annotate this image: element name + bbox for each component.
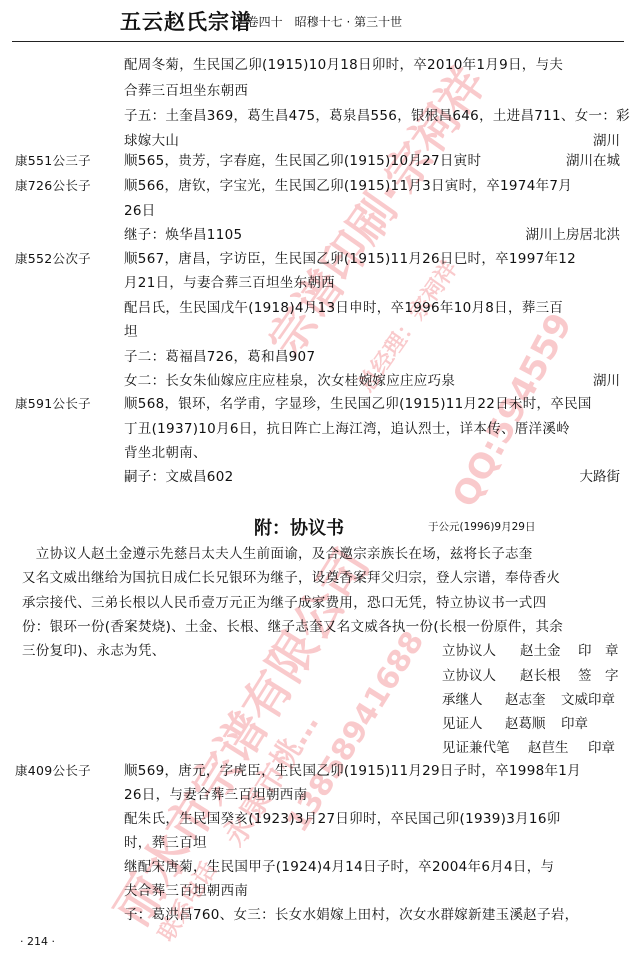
entry-line: 夫合葬三百坦朝西南 — [124, 882, 620, 900]
entry-line: 配朱氏，生民国癸亥(1923)3月27日卯时，卒民国己卯(1939)3月16卯 — [124, 810, 620, 828]
entry-line: 配吕氏，生民国戊午(1918)4月13日申时，卒1996年10月8日，葬三百 — [124, 299, 620, 317]
entry-line: 顺567，唐昌，字访臣，生民国乙卯(1915)11月26日巳时，卒1997年12 — [124, 250, 620, 268]
entry-line: 顺566，唐钦，字宝光，生民国乙卯(1915)11月3日寅时，卒1974年7月 — [124, 177, 620, 195]
agreement-paragraph-line: 又名文威出继给为国抗日成仁长兄银环为继子，设奠香案拜父归宗，登人宗谱，奉侍香火 — [22, 569, 622, 587]
signatory-name: 赵苣生 — [528, 739, 569, 757]
signatory-role: 立协议人 — [442, 667, 496, 685]
signatory-mark: 印章 — [561, 715, 588, 733]
lineage-label: 康551公三子 — [15, 152, 91, 170]
signatory-name: 赵葛顺 — [505, 715, 546, 733]
book-title: 五云赵氏宗谱 — [120, 6, 252, 36]
entry-line: 合葬三百坦坐东朝西 — [124, 82, 620, 100]
agreement-title: 附：协议书 — [254, 514, 344, 540]
entry-line: 26日 — [124, 202, 620, 220]
lineage-label: 康552公次子 — [15, 250, 91, 268]
agreement-paragraph-line: 份：银环一份(香案焚烧)、土金、长根、继子志奎又名文威各执一份(长根一份原件，其… — [22, 618, 622, 636]
volume-subtitle: · 卷四十 昭穆十七 · 第三十世 — [239, 13, 402, 30]
entry-line: 继配宋唐菊，生民国甲子(1924)4月14日子时，卒2004年6月4日，与 — [124, 858, 620, 876]
entry-line: 月21日，与妻合葬三百坦坐东朝西 — [124, 274, 620, 292]
signatory-name: 赵土金 — [520, 642, 561, 660]
signatory-name: 赵长根 — [520, 667, 561, 685]
agreement-paragraph-line: 承宗接代、三弟长根以人民币壹万元正为继子成家费用，恐口无凭，特立协议书一式四 — [22, 594, 622, 612]
location-label: 湖川 — [593, 132, 620, 150]
signatory-role: 立协议人 — [442, 642, 496, 660]
signatory-role: 见证兼代笔 — [442, 739, 510, 757]
signatory-role: 承继人 — [442, 691, 483, 709]
location-label: 湖川 — [593, 372, 620, 390]
entry-line: 坦 — [124, 323, 620, 341]
signatory-name: 赵志奎 — [505, 691, 546, 709]
location-label: 大路街 — [580, 468, 621, 486]
entry-line: 子二：葛福昌726，葛和昌907 — [124, 348, 620, 366]
lineage-label: 康726公长子 — [15, 177, 91, 195]
signatory-mark: 签 字 — [578, 667, 619, 685]
signatory-mark: 印章 — [588, 739, 615, 757]
header-rule — [12, 41, 624, 42]
signatory-mark: 印 章 — [578, 642, 619, 660]
agreement-date: 于公元(1996)9月29日 — [428, 519, 535, 534]
entry-line: 配周冬菊，生民国乙卯(1915)10月18日卯时，卒2010年1月9日，与夫 — [124, 56, 620, 74]
location-label: 湖川上房居北洪 — [526, 226, 621, 244]
entry-line: 顺565，贵芳，字春庭，生民国乙卯(1915)10月27日寅时 — [124, 152, 620, 170]
entry-line: 子五：土奎昌369，葛生昌475，葛泉昌556，银根昌646，土进昌711、女一… — [124, 107, 620, 125]
entry-line: 26日，与妻合葬三百坦朝西南 — [124, 786, 620, 804]
lineage-label: 康409公长子 — [15, 762, 91, 780]
entry-line: 嗣子：文威昌602 — [124, 468, 620, 486]
entry-line: 顺569，唐元，字虎臣，生民国乙卯(1915)11月29日子时，卒1998年1月 — [124, 762, 620, 780]
signatory-role: 见证人 — [442, 715, 483, 733]
entry-line: 时，葬三百坦 — [124, 834, 620, 852]
agreement-paragraph-line: 立协议人赵土金遵示先慈吕太夫人生前面谕，及合邀宗亲族长在场，兹将长子志奎 — [22, 545, 622, 563]
lineage-label: 康591公长子 — [15, 395, 91, 413]
page-number: · 214 · — [20, 935, 55, 948]
page-header: 五云赵氏宗谱 · 卷四十 昭穆十七 · 第三十世 — [0, 0, 635, 42]
entry-line: 子：葛洪昌760、女三：长女水娟嫁上田村，次女水群嫁新建玉溪赵子岩， — [124, 906, 620, 924]
entry-line: 顺568，银环，名学甫，字显珍，生民国乙卯(1915)11月22日未时，卒民国 — [124, 395, 620, 413]
location-label: 湖川在城 — [566, 152, 620, 170]
entry-line: 背坐北朝南、 — [124, 444, 620, 462]
entry-line: 球嫁大山 — [124, 132, 620, 150]
signatory-mark: 文威印章 — [561, 691, 615, 709]
entry-line: 女二：长女朱仙嫁应庄应桂泉，次女桂婉嫁应庄应巧泉 — [124, 372, 620, 390]
entry-line: 丁丑(1937)10月6日，抗日阵亡上海江湾，追认烈士，详本传、厝洋溪岭 — [124, 420, 620, 438]
